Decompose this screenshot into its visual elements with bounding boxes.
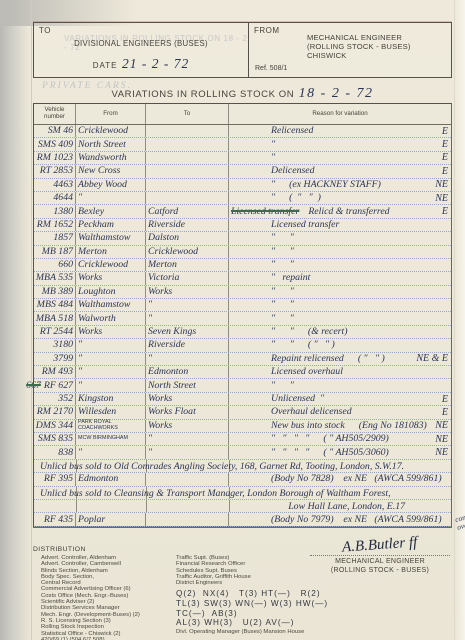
from-cell: New Cross — [76, 165, 146, 177]
reason-cell: ″ ″ ″ ″( ″ AH505/2909)NE — [229, 433, 451, 445]
reason-value: ″ ″ — [271, 381, 294, 391]
to-label: TO — [39, 26, 51, 35]
vehicle-number-cell: SMS 409 — [34, 138, 76, 150]
reason-cell: (Body No 7828) ex NE (AWCA 599/861) — [229, 473, 461, 485]
col-header-reason: Reason for variation — [229, 104, 451, 124]
reason-cell: Unlicensed ″E — [229, 393, 451, 405]
table-row: SMS 409North Street″E — [34, 138, 451, 151]
from-cell: Willesden — [76, 406, 146, 418]
to-cell: Cricklewood — [146, 246, 229, 258]
title-date: 18 - 2 - 72 — [299, 86, 374, 101]
reason-value: ″ — [271, 180, 275, 190]
date-label: DATE — [93, 61, 118, 70]
vehicle-number-cell: RT 2853 — [34, 165, 76, 177]
vehicle-number: MB 389 — [42, 287, 73, 297]
from-cell: Loughton — [76, 286, 146, 298]
table-row: MBS 484Walthamstow″″ ″ — [34, 299, 451, 312]
from-cell: Wandsworth — [76, 152, 146, 164]
table-note-row: Unlicd bus sold to Old Comrades Angling … — [34, 460, 451, 473]
vehicle-number-cell: 667RF 627 — [34, 379, 76, 391]
vehicle-number: 1857 — [53, 233, 73, 243]
reason-value: ″ ″ ″ ″ — [271, 448, 309, 458]
vehicle-number: DMS 344 — [36, 421, 73, 431]
from-address: MECHANICAL ENGINEER (ROLLING STOCK - BUS… — [307, 33, 411, 60]
from-value: PARK ROYAL COACHWORKS — [78, 420, 143, 431]
to-value: Victoria — [148, 273, 179, 283]
vehicle-number: 1380 — [53, 207, 73, 217]
status-flag: E — [432, 166, 448, 177]
to-value: DIVISIONAL ENGINEERS (BUSES) — [34, 39, 248, 48]
from-cell: ″ — [76, 339, 146, 351]
reason-value: ″ ″ — [271, 327, 294, 337]
reason-extra: (& recert) — [308, 327, 348, 337]
vehicle-number-cell: RF 435 — [34, 513, 76, 525]
vehicle-number-cell: RM 493 — [34, 366, 76, 378]
table-row: 838″″″ ″ ″ ″( ″ AH505/3060)NE — [34, 446, 451, 459]
from-value: Willesden — [78, 407, 116, 417]
to-cell — [146, 152, 229, 164]
vehicle-number-cell: SMS 835 — [34, 433, 76, 445]
status-flag: NE — [432, 193, 448, 204]
to-value: Seven Kings — [148, 327, 196, 337]
from-value: Poplar — [78, 515, 105, 525]
table-row: 1857WalthamstowDalston″ ″ — [34, 232, 451, 245]
vehicle-number-cell: MB 389 — [34, 286, 76, 298]
table-row: RT 2544WorksSeven Kings″ ″(& recert) — [34, 326, 451, 339]
reason-cell: ″ ″ — [229, 312, 451, 324]
to-value: Works Float — [148, 407, 196, 417]
from-cell: FROM MECHANICAL ENGINEER (ROLLING STOCK … — [249, 23, 451, 77]
to-cell: ″ — [146, 433, 229, 445]
vehicle-number: 838 — [58, 448, 73, 458]
signature-rule — [310, 555, 450, 556]
vehicle-number: SMS 409 — [38, 140, 73, 150]
to-value: Edmonton — [148, 367, 188, 377]
reason-value: Unlicensed ″ — [271, 394, 324, 404]
from-cell: ″ — [76, 353, 146, 365]
vehicle-number: RF 435 — [44, 515, 73, 525]
vehicle-number: 352 — [58, 394, 73, 404]
from-value: North Street — [78, 140, 126, 150]
to-cell: Works — [146, 286, 229, 298]
vehicle-number-cell: 660 — [34, 259, 76, 271]
from-cell: Cricklewood — [76, 125, 146, 137]
from-cell: Kingston — [76, 393, 146, 405]
from-value: Loughton — [78, 287, 116, 297]
to-value: Riverside — [148, 220, 185, 230]
col-header-from: From — [76, 104, 146, 124]
reason-value: ″ — [271, 193, 275, 203]
to-cell: Victoria — [146, 272, 229, 284]
from-cell: ″ — [76, 366, 146, 378]
from-cell: Peckham — [76, 219, 146, 231]
table-header: Vehicle number From To Reason for variat… — [34, 104, 451, 125]
vehicle-number: RF 395 — [44, 474, 73, 484]
table-row: RT 2853New CrossDelicensedE — [34, 165, 451, 178]
to-value: Dalston — [148, 233, 179, 243]
to-cell: Seven Kings — [146, 326, 229, 338]
vehicle-number-cell: RM 2170 — [34, 406, 76, 418]
date-row: DATE 21 - 2 - 72 — [34, 55, 248, 73]
to-cell: Riverside — [146, 219, 229, 231]
to-value: ″ — [148, 448, 152, 458]
reason-extra: (Eng No 181083) — [359, 421, 427, 431]
to-cell: ″ — [146, 299, 229, 311]
status-flag: E — [432, 394, 448, 405]
reason-value: ″ ″ — [271, 300, 294, 310]
spanning-note: Unlicd bus sold to Cleansing & Transport… — [40, 488, 391, 499]
reason-extra: ( ″ ″ ) — [358, 354, 385, 364]
from-value: MCW BIRMINGHAM — [78, 436, 128, 442]
to-cell: Riverside — [146, 339, 229, 351]
reason-cell: ″ ″ — [229, 379, 451, 391]
vehicle-number-cell: 4644 — [34, 192, 76, 204]
signature-block: A.B.Butler ff MECHANICAL ENGINEER (ROLLI… — [310, 536, 450, 575]
table-row: RM 493″EdmontonLicensed overhaul — [34, 366, 451, 379]
header-box: TO VARIATIONS IN ROLLING STOCK ON 18 - 2… — [33, 22, 452, 78]
status-flag: NE — [432, 179, 448, 190]
binding-edge — [0, 0, 30, 640]
reason-value: ″ ″ — [271, 340, 294, 350]
from-value: Walthamstow — [78, 233, 130, 243]
table-row: 4644″″( ″ ″ )NE — [34, 192, 451, 205]
vehicle-number: RM 2170 — [37, 407, 73, 417]
reference-number: Ref. 508/1 — [255, 65, 287, 72]
reason-value: ″ repaint — [271, 273, 310, 283]
to-cell: North Street — [146, 379, 229, 391]
vehicle-number: SM 46 — [48, 126, 73, 136]
reason-cell: Repaint relicensed( ″ ″ )NE & E — [229, 353, 451, 365]
column-rule — [76, 500, 77, 512]
vehicle-number-cell: DMS 344 — [34, 420, 76, 432]
status-flag: E — [432, 126, 448, 137]
from-value: ″ — [78, 381, 82, 391]
from-value: Cricklewood — [78, 260, 128, 270]
status-flag: E — [432, 206, 448, 217]
table-row: MBA 535WorksVictoria″ repaint — [34, 272, 451, 285]
from-value: ″ — [78, 340, 82, 350]
reason-cell: ″ ″ — [229, 286, 451, 298]
from-line3: CHISWICK — [307, 51, 411, 60]
reason-value: (Body No 7828) ex NE (AWCA 599/861) — [271, 474, 442, 484]
spanning-note: Low Hall Lane, London, E.17 — [288, 501, 405, 512]
reason-value: Licensed transfer — [271, 220, 339, 230]
from-line2: (ROLLING STOCK - BUSES) — [307, 42, 411, 51]
bottom-cutoff-line: Divl. Operating Manager (Buses) Mansion … — [176, 629, 304, 635]
reason-cell: ″ ″ — [229, 232, 451, 244]
reason-cell: ″E — [229, 138, 451, 150]
reason-cell: ″ ″ — [229, 259, 451, 271]
vehicle-number: RT 2853 — [40, 166, 73, 176]
vehicle-number-cell: 3180 — [34, 339, 76, 351]
from-cell: North Street — [76, 138, 146, 150]
vehicle-number-cell: MBA 518 — [34, 312, 76, 324]
to-cell: Catford — [146, 205, 229, 217]
to-value: Works — [148, 287, 172, 297]
from-cell: ″ — [76, 192, 146, 204]
from-value: ″ — [78, 354, 82, 364]
vehicle-number: 3180 — [53, 340, 73, 350]
from-cell: Edmonton — [76, 473, 146, 485]
table-row: 3180″Riverside″ ″( ″ ″ ) — [34, 339, 451, 352]
table-row: DMS 344PARK ROYAL COACHWORKSWorksNew bus… — [34, 420, 451, 433]
table-row: SM 46CricklewoodRelicensedE — [34, 125, 451, 138]
to-cell — [146, 165, 229, 177]
from-cell: Walthamstow — [76, 299, 146, 311]
vehicle-number-cell: MB 187 — [34, 246, 76, 258]
vehicle-number: 3799 — [53, 354, 73, 364]
status-flag: NE & E — [416, 353, 448, 364]
vehicle-number: MBA 518 — [36, 314, 73, 324]
from-value: New Cross — [78, 166, 120, 176]
to-cell — [146, 192, 229, 204]
to-cell — [146, 138, 229, 150]
from-value: Works — [78, 273, 102, 283]
status-flag: E — [432, 139, 448, 150]
reason-cell: ″ ″( ″ ″ ) — [229, 339, 451, 351]
reason-cell: RelicensedE — [229, 125, 451, 137]
to-value: North Street — [148, 381, 196, 391]
status-flag: NE — [432, 447, 448, 458]
reason-cell: Licensed overhaul — [229, 366, 451, 378]
to-cell: TO VARIATIONS IN ROLLING STOCK ON 18 - 2… — [34, 23, 249, 77]
from-cell: Poplar — [76, 513, 146, 525]
to-value: Works — [148, 421, 172, 431]
signature-script: A.B.Butler ff — [342, 534, 418, 556]
vehicle-number-cell: SM 46 — [34, 125, 76, 137]
signatory-title-2: (ROLLING STOCK - BUSES) — [310, 567, 450, 576]
from-line1: MECHANICAL ENGINEER — [307, 33, 411, 42]
vehicle-number: RM 493 — [42, 367, 73, 377]
status-flag: E — [432, 152, 448, 163]
from-value: Bexley — [78, 207, 104, 217]
to-cell: ″ — [146, 353, 229, 365]
to-value: ″ — [148, 300, 152, 310]
page-right-edge — [454, 0, 465, 640]
reason-extra: ( ″ ″ ) — [289, 193, 321, 203]
column-rule — [229, 500, 230, 512]
reason-cell: ″ ″(& recert) — [229, 326, 451, 338]
from-value: Merton — [78, 247, 107, 257]
from-cell: Merton — [76, 246, 146, 258]
from-value: Peckham — [78, 220, 114, 230]
reason-cell: Licensed transferRelicd & transferredE — [229, 205, 451, 217]
to-value: Merton — [148, 260, 177, 270]
signatory-title-1: MECHANICAL ENGINEER — [310, 558, 450, 567]
reason-extra: ( ″ AH505/3060) — [323, 448, 388, 458]
from-cell: MCW BIRMINGHAM — [76, 433, 146, 445]
table-row: RF 435Poplar(Body No 7979) ex NE (AWCA 5… — [34, 513, 451, 526]
to-cell: Dalston — [146, 232, 229, 244]
from-cell: ″ — [76, 446, 146, 458]
from-cell: ″ — [76, 379, 146, 391]
vehicle-number-cell: 3799 — [34, 353, 76, 365]
form-title: VARIATIONS IN ROLLING STOCK ON 18 - 2 - … — [33, 84, 452, 102]
to-cell: Merton — [146, 259, 229, 271]
page-edge-line — [31, 0, 32, 640]
reason-cell: New bus into stock(Eng No 181083)NE — [229, 420, 451, 432]
table-row: 1380BexleyCatfordLicensed transferRelicd… — [34, 205, 451, 218]
status-flag: NE — [432, 420, 448, 431]
to-value: Catford — [148, 207, 178, 217]
distribution-heading: DISTRIBUTION — [33, 546, 86, 553]
from-cell: PARK ROYAL COACHWORKS — [76, 420, 146, 432]
table-row: 4463Abbey Wood″(ex HACKNEY STAFF)NE — [34, 179, 451, 192]
from-cell: Walthamstow — [76, 232, 146, 244]
to-cell: Edmonton — [146, 366, 229, 378]
reason-cell: (Body No 7979) ex NE (AWCA 599/861) — [229, 513, 461, 525]
from-label: FROM — [254, 26, 280, 35]
from-cell: Cricklewood — [76, 259, 146, 271]
from-cell: Abbey Wood — [76, 179, 146, 191]
from-value: ″ — [78, 367, 82, 377]
variations-table: Vehicle number From To Reason for variat… — [33, 103, 452, 528]
to-cell: ″ — [146, 446, 229, 458]
to-cell: Works Float — [146, 406, 229, 418]
vehicle-number: SMS 835 — [38, 434, 73, 444]
table-row: RF 395Edmonton(Body No 7828) ex NE (AWCA… — [34, 473, 451, 486]
to-cell: Works — [146, 420, 229, 432]
table-row: 660CricklewoodMerton″ ″ — [34, 259, 451, 272]
vehicle-number: RM 1023 — [37, 153, 73, 163]
reason-value: ″ ″ — [271, 314, 294, 324]
reason-cell: ″ repaint — [229, 272, 451, 284]
reason-value: ″ ″ — [271, 287, 294, 297]
reason-value: ″ — [271, 140, 275, 150]
vehicle-number: RM 1652 — [37, 220, 73, 230]
table-row: MB 187MertonCricklewood″ ″ — [34, 246, 451, 259]
reason-value: Licensed overhaul — [271, 367, 343, 377]
reason-value: ″ ″ — [271, 260, 294, 270]
table-row: RM 1652PeckhamRiversideLicensed transfer — [34, 219, 451, 232]
table-note-row: Unlicd bus sold to Cleansing & Transport… — [34, 487, 451, 500]
reason-value: ″ ″ — [271, 247, 294, 257]
status-flag: NE — [432, 434, 448, 445]
from-value: Walthamstow — [78, 300, 130, 310]
vehicle-number-cell: MBS 484 — [34, 299, 76, 311]
column-rule — [146, 500, 147, 512]
allocation-codes: Q(2) NX(4) T(3) HT(—) R(2) TL(3) SW(3) W… — [176, 589, 328, 628]
vehicle-number-cell: 1857 — [34, 232, 76, 244]
from-cell: Works — [76, 326, 146, 338]
reason-value: ″ — [271, 153, 275, 163]
from-value: Abbey Wood — [78, 180, 127, 190]
vehicle-number: MBA 535 — [36, 273, 73, 283]
vehicle-number-cell: 4463 — [34, 179, 76, 191]
col-header-to: To — [146, 104, 229, 124]
col-header-vehicle-number: Vehicle number — [34, 104, 76, 124]
from-value: Walworth — [78, 314, 116, 324]
table-row: 3799″″Repaint relicensed( ″ ″ )NE & E — [34, 353, 451, 366]
reason-value: Overhaul delicensed — [271, 407, 352, 417]
reason-value: Relicd & transferred — [308, 207, 389, 217]
spanning-note: Unlicd bus sold to Old Comrades Angling … — [40, 461, 404, 472]
vehicle-number-cell: 352 — [34, 393, 76, 405]
reason-extra: ( ″ ″ ) — [308, 340, 335, 350]
vehicle-number: RT 2544 — [40, 327, 73, 337]
reason-value: (Body No 7979) ex NE (AWCA 599/861) — [271, 515, 442, 525]
from-cell: Bexley — [76, 205, 146, 217]
table-row: MB 389LoughtonWorks″ ″ — [34, 286, 451, 299]
distribution-list-right: Traffic Supt. (Buses) Financial Research… — [176, 555, 251, 586]
vehicle-number-cell: MBA 535 — [34, 272, 76, 284]
vehicle-number-cell: 838 — [34, 446, 76, 458]
table-rows: SM 46CricklewoodRelicensedESMS 409North … — [34, 125, 451, 527]
to-cell — [146, 513, 229, 525]
reason-cell: Overhaul delicensedE — [229, 406, 451, 418]
table-row: 667RF 627″North Street″ ″ — [34, 379, 451, 392]
vehicle-number: 4644 — [53, 193, 73, 203]
from-cell: Works — [76, 272, 146, 284]
table-row: MBA 518Walworth″″ ″ — [34, 312, 451, 325]
from-value: Works — [78, 327, 102, 337]
vehicle-number: 4463 — [53, 180, 73, 190]
vehicle-number-cell: RM 1023 — [34, 152, 76, 164]
reason-cell: ″ ″ — [229, 299, 451, 311]
vehicle-number-cell: RT 2544 — [34, 326, 76, 338]
from-value: Edmonton — [78, 474, 118, 484]
date-value: 21 - 2 - 72 — [122, 56, 189, 71]
reason-cell: ″( ″ ″ )NE — [229, 192, 451, 204]
vehicle-number-struck: 667 — [26, 381, 41, 391]
to-cell — [146, 125, 229, 137]
to-value: ″ — [148, 314, 152, 324]
vehicle-number-cell: RF 395 — [34, 473, 76, 485]
to-value: ″ — [148, 354, 152, 364]
vehicle-number: MB 187 — [42, 247, 73, 257]
distribution-list-left: Advert. Controller, Aldenham Advert. Con… — [41, 555, 140, 640]
scanned-form-page: TO VARIATIONS IN ROLLING STOCK ON 18 - 2… — [0, 0, 465, 640]
reason-value: ″ ″ ″ ″ — [271, 434, 309, 444]
reason-value: Repaint relicensed — [271, 354, 344, 364]
reason-value: Relicensed — [271, 126, 313, 136]
table-row: 352KingstonWorksUnlicensed ″E — [34, 393, 451, 406]
from-value: Kingston — [78, 394, 113, 404]
table-row: RM 1023Wandsworth″E — [34, 152, 451, 165]
from-value: ″ — [78, 193, 82, 203]
from-value: Wandsworth — [78, 153, 127, 163]
vehicle-number: 660 — [58, 260, 73, 270]
to-cell — [146, 473, 229, 485]
reason-struck: Licensed transfer — [231, 207, 299, 217]
reason-extra: ( ″ AH505/2909) — [323, 434, 388, 444]
from-cell: Walworth — [76, 312, 146, 324]
status-flag: E — [432, 407, 448, 418]
to-value: Riverside — [148, 340, 185, 350]
to-cell — [146, 179, 229, 191]
from-value: ″ — [78, 448, 82, 458]
table-row: RM 2170WillesdenWorks FloatOverhaul deli… — [34, 406, 451, 419]
to-value: Works — [148, 394, 172, 404]
reason-cell: Licensed transfer — [229, 219, 451, 231]
reason-value: New bus into stock — [271, 421, 345, 431]
reason-value: Delicensed — [271, 166, 315, 176]
reason-value: ″ ″ — [271, 233, 294, 243]
to-value: Cricklewood — [148, 247, 198, 257]
vehicle-number: MBS 484 — [37, 300, 73, 310]
vehicle-number: RF 627 — [44, 381, 73, 391]
reason-cell: ″E — [229, 152, 451, 164]
to-value: ″ — [148, 434, 152, 444]
title-printed: VARIATIONS IN ROLLING STOCK ON — [112, 89, 295, 100]
reason-extra: (ex HACKNEY STAFF) — [289, 180, 381, 190]
table-row: SMS 835MCW BIRMINGHAM″″ ″ ″ ″( ″ AH505/2… — [34, 433, 451, 446]
reason-cell: ″ ″ — [229, 246, 451, 258]
vehicle-number-cell: 1380 — [34, 205, 76, 217]
to-cell: ″ — [146, 312, 229, 324]
reason-cell: DelicensedE — [229, 165, 451, 177]
reason-cell: ″ ″ ″ ″( ″ AH505/3060)NE — [229, 446, 451, 458]
